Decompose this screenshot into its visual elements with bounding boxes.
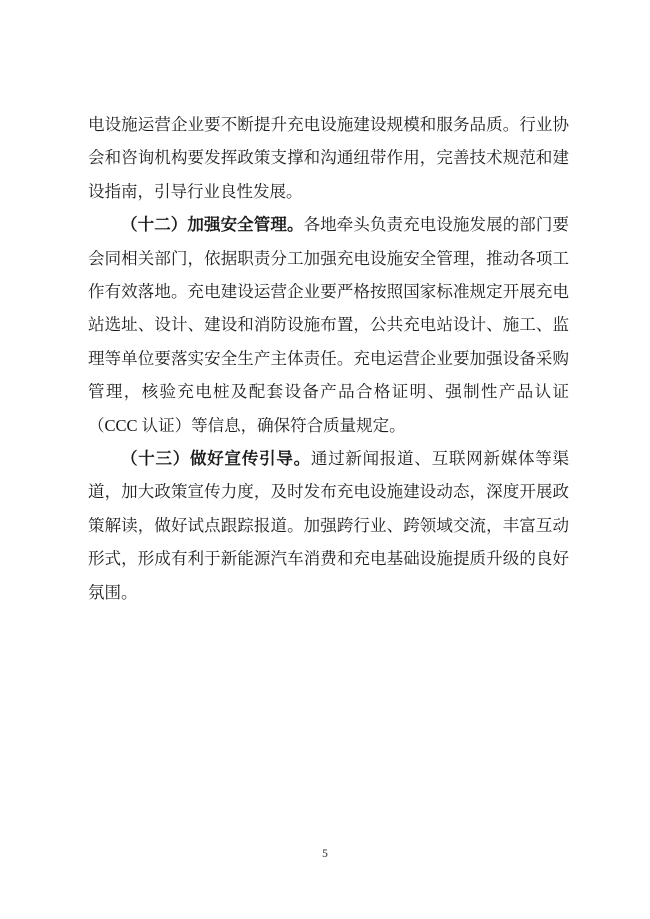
text-block: 电设施运营企业要不断提升充电设施建设规模和服务品质。行业协会和咨询机构要发挥政策… [88, 108, 569, 609]
paragraph-section-12: （十二）加强安全管理。各地牵头负责充电设施发展的部门要会同相关部门，依据职责分工… [88, 208, 569, 442]
section-heading: （十二）加强安全管理。 [121, 215, 304, 234]
paragraph-text: 电设施运营企业要不断提升充电设施建设规模和服务品质。行业协会和咨询机构要发挥政策… [88, 115, 569, 201]
section-heading: （十三）做好宣传引导。 [121, 449, 311, 468]
paragraph-continuation: 电设施运营企业要不断提升充电设施建设规模和服务品质。行业协会和咨询机构要发挥政策… [88, 108, 569, 208]
page-number: 5 [0, 848, 650, 860]
paragraph-text: 通过新闻报道、互联网新媒体等渠道，加大政策宣传力度，及时发布充电设施建设动态，深… [88, 449, 569, 602]
paragraph-section-13: （十三）做好宣传引导。通过新闻报道、互联网新媒体等渠道，加大政策宣传力度，及时发… [88, 442, 569, 609]
paragraph-text: 各地牵头负责充电设施发展的部门要会同相关部门，依据职责分工加强充电设施安全管理，… [88, 215, 569, 434]
document-page: 电设施运营企业要不断提升充电设施建设规模和服务品质。行业协会和咨询机构要发挥政策… [0, 0, 650, 919]
